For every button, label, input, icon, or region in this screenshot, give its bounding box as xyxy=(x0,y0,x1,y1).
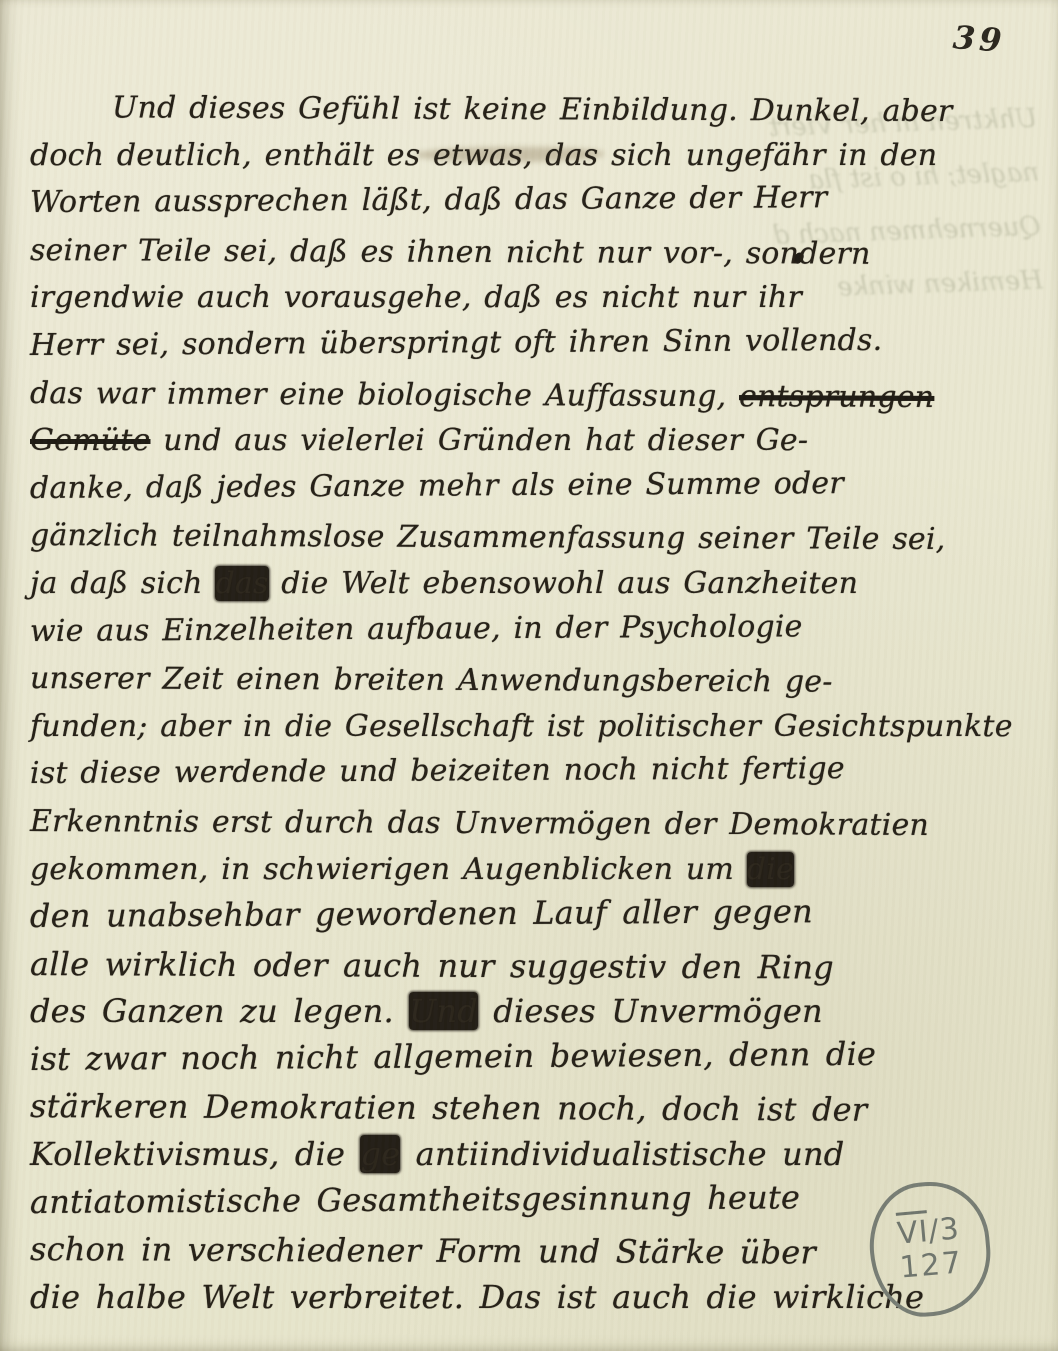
handwritten-segment: dieses Unvermögen xyxy=(478,992,823,1030)
manuscript-line: Herr sei, sondern überspringt oft ihren … xyxy=(30,317,830,369)
stamp-suffix: /3 xyxy=(927,1211,961,1249)
handwritten-segment: des Ganzen zu legen. xyxy=(30,992,409,1030)
manuscript-line: die halbe Welt verbreitet. Das ist auch … xyxy=(30,1274,830,1322)
handwritten-segment: Worten aussprechen läßt, daß das Ganze d… xyxy=(30,180,828,220)
crossed-out-word: Und xyxy=(409,992,478,1030)
crossed-out-word: entsprungen xyxy=(739,379,934,415)
handwritten-segment: unserer Zeit einen breiten Anwendungsber… xyxy=(30,661,833,700)
crossed-out-word: das xyxy=(215,566,268,601)
handwritten-segment: seiner Teile sei, daß es ihnen nicht nur… xyxy=(30,233,871,272)
manuscript-line: Und dieses Gefühl ist keine Einbildung. … xyxy=(30,84,830,135)
handwritten-segment: wie aus Einzelheiten aufbaue, in der Psy… xyxy=(30,609,803,649)
manuscript-line: Kollektivismus, die ge antiindividualist… xyxy=(30,1131,830,1179)
stamp-number: 127 xyxy=(899,1247,965,1284)
manuscript-line: des Ganzen zu legen. Und dieses Unvermög… xyxy=(30,988,830,1036)
manuscript-line: doch deutlich, enthält es etwas, das sic… xyxy=(30,132,830,180)
handwritten-segment: Und dieses Gefühl ist keine Einbildung. … xyxy=(112,90,953,129)
crossed-out-word: ge xyxy=(360,1135,400,1173)
manuscript-line: gänzlich teilnahmslose Zusammenfassung s… xyxy=(30,512,830,563)
manuscript-line: gekommen, in schwierigen Augenblicken um… xyxy=(30,846,830,894)
crossed-out-word: die xyxy=(747,852,794,887)
manuscript-line: unserer Zeit einen breiten Anwendungsber… xyxy=(30,655,830,706)
manuscript-line: Gemüte und aus vielerlei Gründen hat die… xyxy=(30,417,830,465)
crossed-out-word: Gemüte xyxy=(30,423,151,458)
page-number: 39 xyxy=(952,18,1007,60)
handwritten-segment: antiindividualistische und xyxy=(400,1135,844,1173)
manuscript-line: danke, daß jedes Ganze mehr als eine Sum… xyxy=(30,460,830,512)
stamp-roman-numeral: VI xyxy=(895,1210,930,1252)
handwritten-segment: Erkenntnis erst durch das Unvermögen der… xyxy=(30,804,929,843)
manuscript-line: schon in verschiedener Form und Stärke ü… xyxy=(30,1226,830,1277)
handwritten-segment: alle wirklich oder auch nur suggestiv de… xyxy=(30,945,834,987)
manuscript-line: alle wirklich oder auch nur suggestiv de… xyxy=(30,941,830,992)
handwritten-segment: die Welt ebensowohl aus Ganzheiten xyxy=(269,566,859,601)
manuscript-page: 39 Uhktren in her Viertnaglet; hi o ist … xyxy=(0,0,1058,1351)
handwritten-segment: danke, daß jedes Ganze mehr als eine Sum… xyxy=(30,466,844,506)
handwritten-segment: gänzlich teilnahmslose Zusammenfassung s… xyxy=(30,518,946,557)
handwritten-segment: und aus vielerlei Gründen hat dieser Ge- xyxy=(151,423,809,458)
handwritten-segment: Herr sei, sondern überspringt oft ihren … xyxy=(30,323,883,363)
handwritten-segment: ja daß sich xyxy=(30,566,215,601)
manuscript-line: wie aus Einzelheiten aufbaue, in der Psy… xyxy=(30,603,830,655)
handwritten-segment: funden; aber in die Gesellschaft ist pol… xyxy=(30,709,1013,744)
manuscript-line: ja daß sich das die Welt ebensowohl aus … xyxy=(30,560,830,608)
handwritten-segment: doch deutlich, enthält es etwas, das sic… xyxy=(30,138,937,173)
manuscript-line: ist zwar noch nicht allgemein bewiesen, … xyxy=(30,1031,830,1083)
manuscript-line: seiner Teile sei, daß es ihnen nicht nur… xyxy=(30,227,830,278)
manuscript-line: funden; aber in die Gesellschaft ist pol… xyxy=(30,703,830,751)
handwritten-segment: gekommen, in schwierigen Augenblicken um xyxy=(30,852,747,887)
handwritten-segment: schon in verschiedener Form und Stärke ü… xyxy=(30,1230,816,1271)
handwritten-segment: stärkeren Demokratien stehen noch, doch … xyxy=(30,1087,868,1129)
manuscript-line: ist diese werdende und beizeiten noch ni… xyxy=(30,745,830,797)
manuscript-line: stärkeren Demokratien stehen noch, doch … xyxy=(30,1083,830,1134)
handwritten-segment: Kollektivismus, die xyxy=(30,1135,360,1173)
manuscript-line: das war immer eine biologische Auffassun… xyxy=(30,370,830,421)
handwritten-segment: irgendwie auch vorausgehe, daß es nicht … xyxy=(30,280,802,315)
handwritten-segment: antiatomistische Gesamtheitsgesinnung he… xyxy=(30,1178,800,1221)
handwritten-segment: ist zwar noch nicht allgemein bewiesen, … xyxy=(30,1035,876,1078)
manuscript-line: Erkenntnis erst durch das Unvermögen der… xyxy=(30,798,830,849)
handwritten-segment: ist diese werdende und beizeiten noch ni… xyxy=(30,751,845,791)
manuscript-line: antiatomistische Gesamtheitsgesinnung he… xyxy=(30,1174,830,1226)
manuscript-line: irgendwie auch vorausgehe, daß es nicht … xyxy=(30,274,830,322)
handwritten-segment: die halbe Welt verbreitet. Das ist auch … xyxy=(30,1278,924,1316)
handwritten-text-block: Und dieses Gefühl ist keine Einbildung. … xyxy=(30,84,830,1321)
manuscript-line: den unabsehbar gewordenen Lauf aller geg… xyxy=(30,888,830,940)
handwritten-segment: den unabsehbar gewordenen Lauf aller geg… xyxy=(30,892,813,935)
manuscript-line: Worten aussprechen läßt, daß das Ganze d… xyxy=(30,174,830,226)
handwritten-segment: das war immer eine biologische Auffassun… xyxy=(30,376,739,414)
